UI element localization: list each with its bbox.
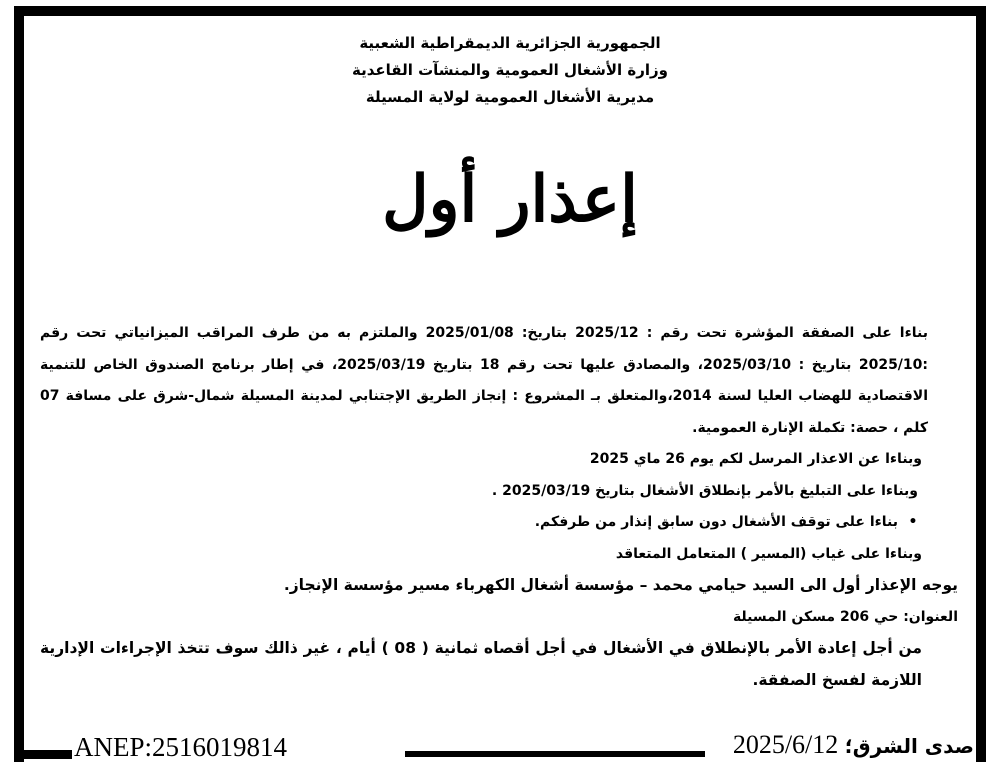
header-republic: الجمهورية الجزائرية الديمقراطية الشعبية [280, 30, 740, 57]
document-header: الجمهورية الجزائرية الديمقراطية الشعبية … [280, 30, 740, 111]
document-body: بناءا على الصفقة المؤشرة تحت رقم : 2025/… [40, 318, 958, 696]
frame-border-right [976, 6, 986, 762]
publication-date: 2025/6/12 [733, 730, 838, 759]
paragraph-prior-notice: وبناءا عن الاعذار المرسل لكم يوم 26 ماي … [40, 444, 958, 476]
frame-border-left [14, 6, 24, 762]
newspaper-name: صدى الشرق؛ [845, 734, 974, 758]
paragraph-addressee: يوجه الإعذار أول الى السيد حيامي محمد – … [40, 570, 958, 602]
paragraph-address: العنوان: حي 206 مسكن المسيلة [40, 602, 958, 634]
paragraph-demand: من أجل إعادة الأمر بالإنطلاق في الأشغال … [40, 633, 958, 696]
document-title: إعذار أول [300, 150, 720, 250]
paragraph-contract-reference: بناءا على الصفقة المؤشرة تحت رقم : 2025/… [40, 318, 958, 444]
anep-reference: ANEP:2516019814 [74, 730, 287, 764]
paragraph-work-stoppage-text: بناءا على توقف الأشغال دون سابق إنذار من… [535, 514, 898, 530]
paragraph-work-stoppage: بناءا على توقف الأشغال دون سابق إنذار من… [40, 507, 958, 539]
newspaper-source: صدى الشرق؛ 2025/6/12 [712, 728, 974, 763]
header-directorate: مديرية الأشغال العمومية لولاية المسيلة [280, 84, 740, 111]
paragraph-contractor-absence: وبناءا على غياب (المسير ) المتعامل المتع… [40, 539, 958, 571]
frame-border-bottom-middle [405, 751, 705, 757]
header-ministry: وزارة الأشغال العمومية والمنشآت القاعدية [280, 57, 740, 84]
frame-border-top [15, 6, 985, 16]
paragraph-start-order: وبناءا على التبليغ بالأمر بإنطلاق الأشغا… [40, 476, 958, 508]
frame-border-bottom-left [14, 750, 72, 759]
